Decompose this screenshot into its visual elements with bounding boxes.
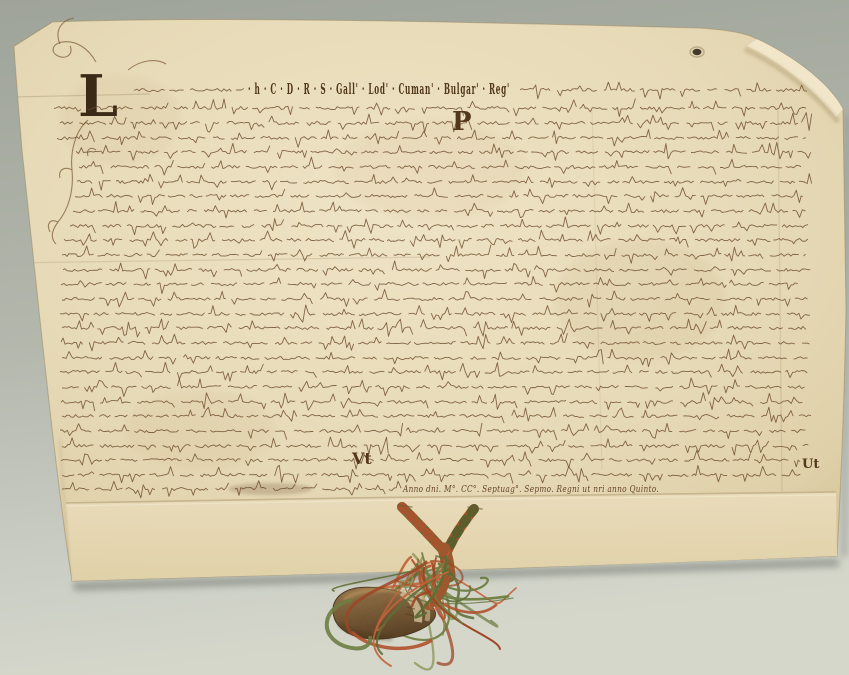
dating-clause: Anno dni. M°. CC°. Septuag°. Sepmo. Regn… — [402, 484, 659, 495]
ink-smudge — [228, 483, 312, 495]
photo-stage: L · h · C · D · R · S · Gall' · Lod' · C… — [0, 0, 849, 675]
enlarged-letter: P — [452, 107, 472, 137]
initial-letter: L — [78, 63, 118, 130]
enlarged-letter: Ut — [802, 457, 819, 472]
charter-photo: L · h · C · D · R · S · Gall' · Lod' · C… — [0, 0, 849, 675]
royal-intitulatio: · h · C · D · R · S · Gall' · Lod' · Cum… — [248, 80, 510, 98]
enlarged-letter: Vt — [351, 449, 372, 468]
